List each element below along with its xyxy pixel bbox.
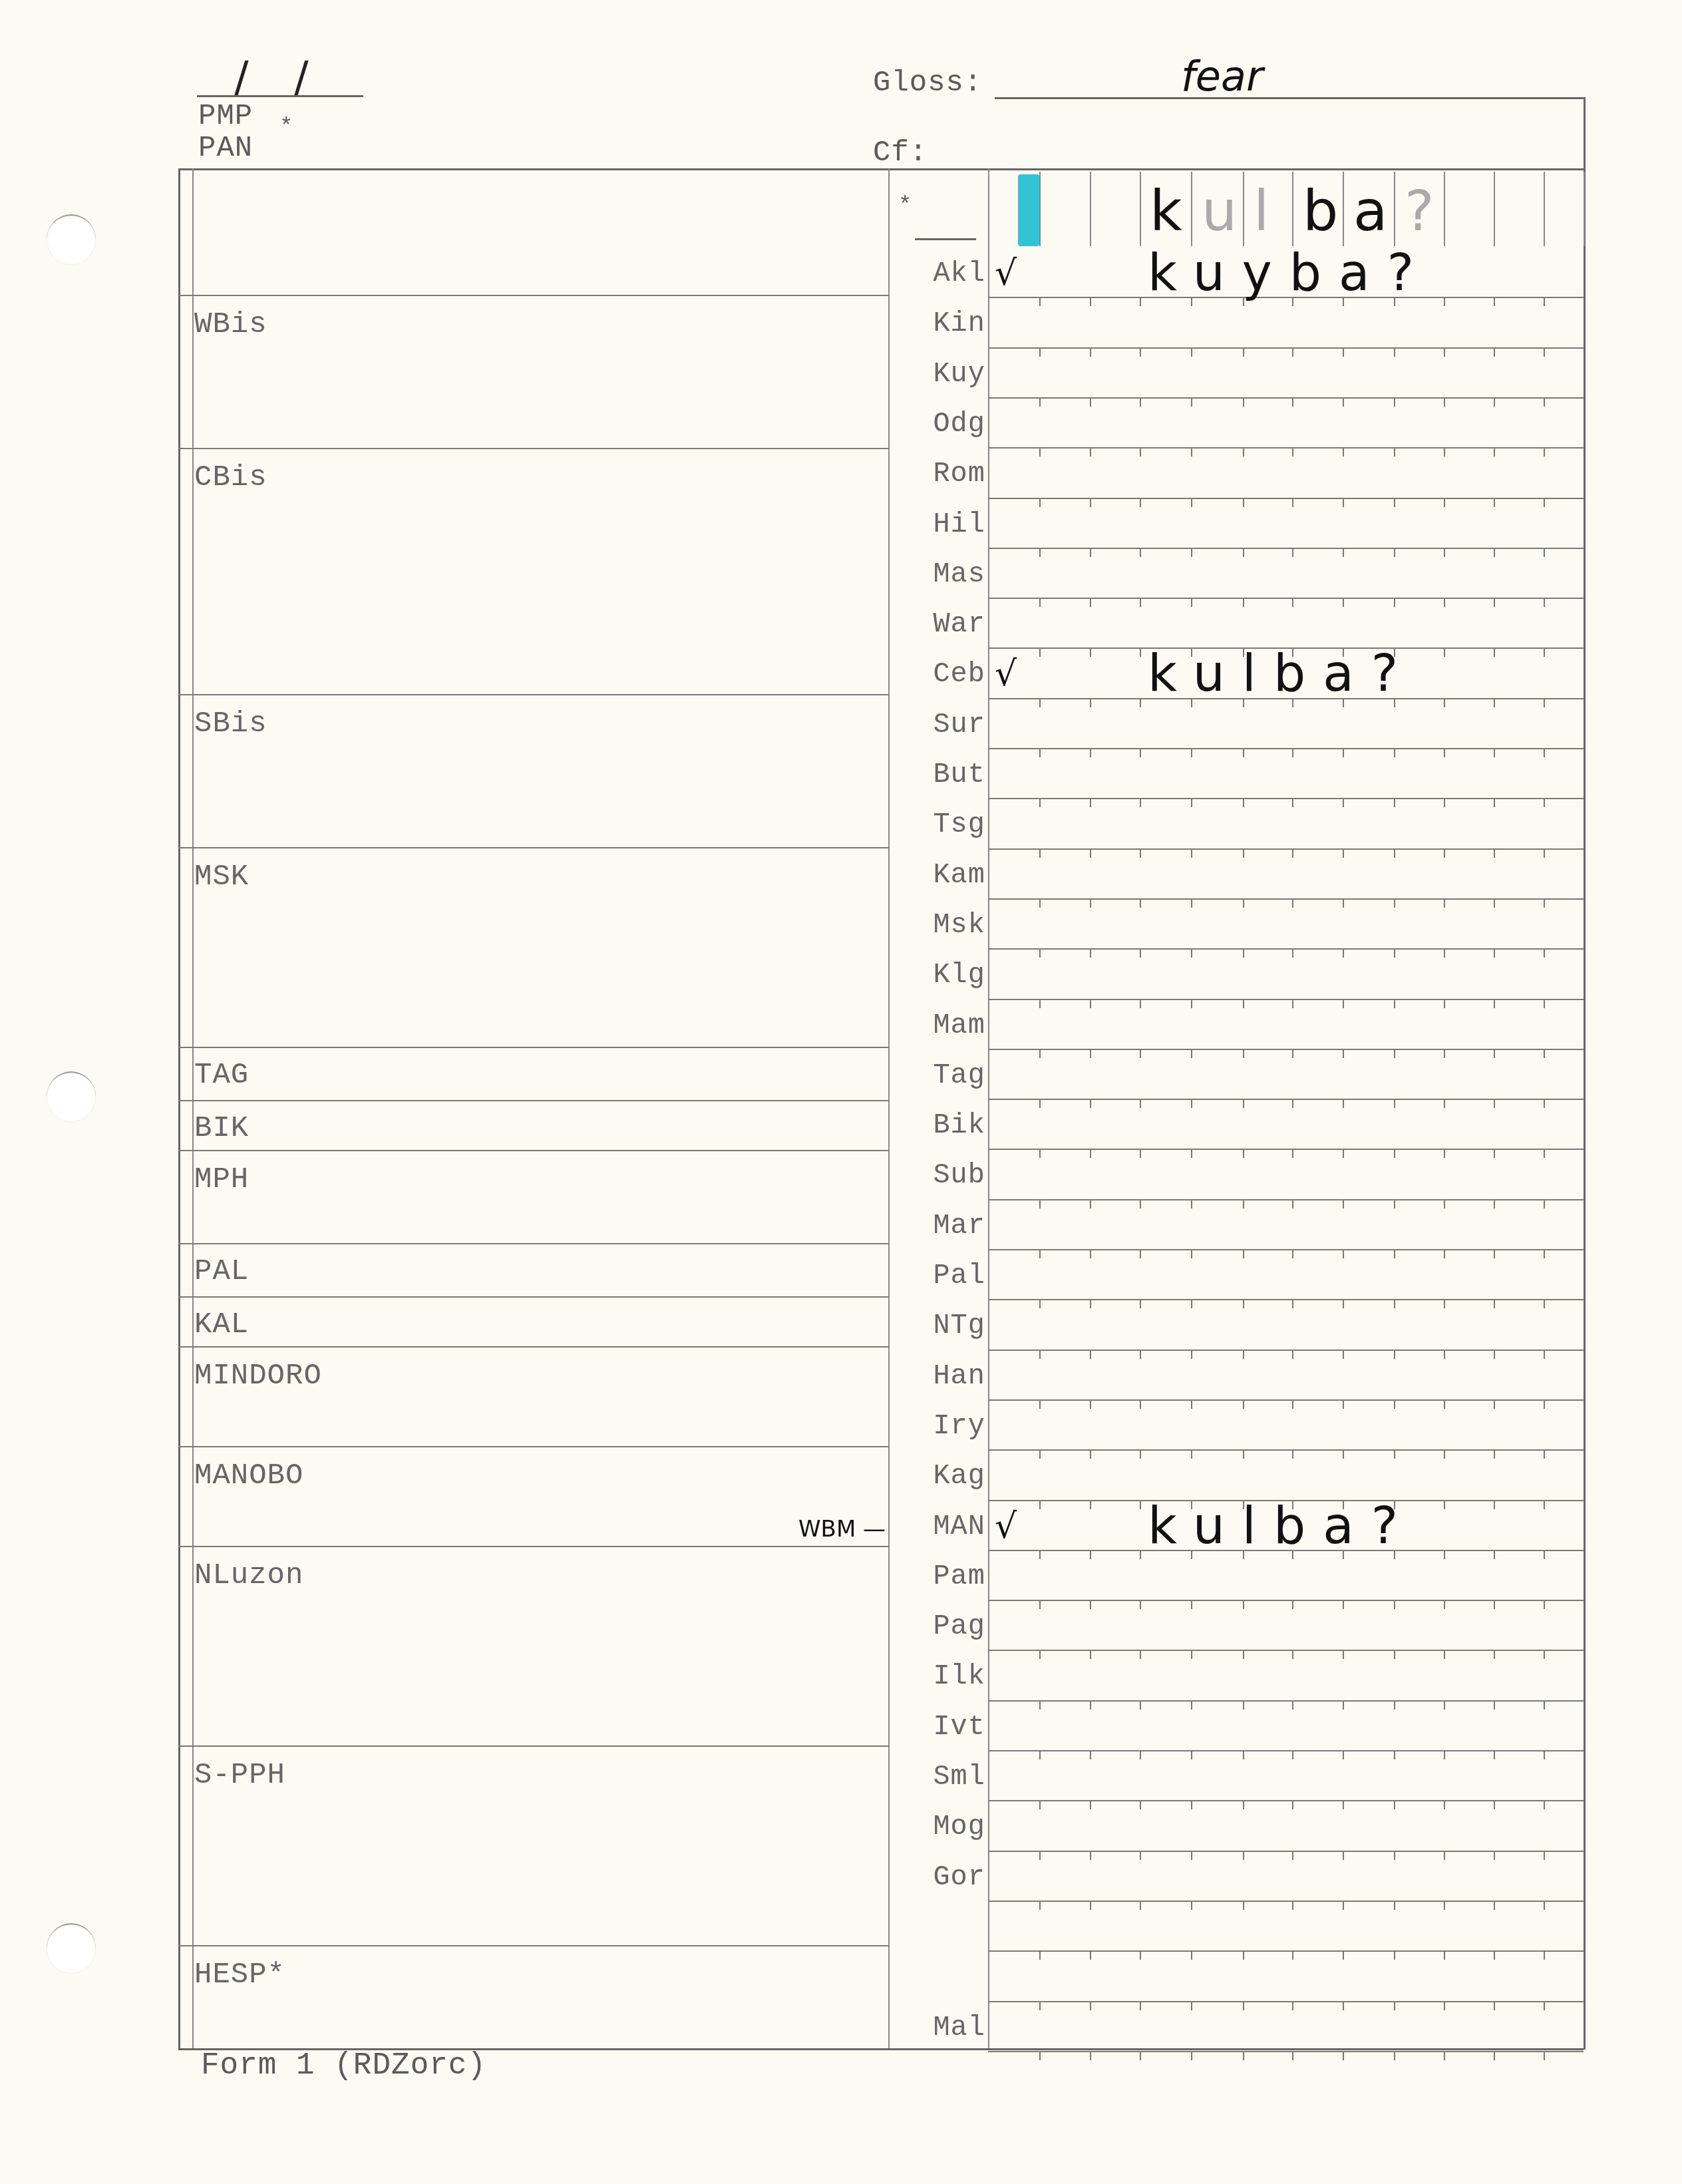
reconstruction-letter: u	[1202, 178, 1237, 244]
grid-tick	[1494, 900, 1495, 908]
grid-tick	[1343, 349, 1344, 357]
grid-tick	[1191, 1300, 1192, 1308]
abbr-column-right-border	[988, 168, 989, 2050]
grid-tick	[1292, 2002, 1293, 2010]
grid-tick	[1494, 549, 1495, 557]
grid-tick	[1090, 749, 1091, 757]
grid-tick	[1140, 1200, 1141, 1208]
grid-tick	[1140, 1551, 1141, 1559]
grid-tick	[1090, 1200, 1091, 1208]
language-abbr: But	[888, 759, 988, 791]
grid-tick	[1544, 950, 1545, 958]
language-abbr: Tsg	[888, 809, 988, 840]
region-label: MINDORO	[194, 1360, 322, 1393]
grid-column-line	[1544, 172, 1545, 246]
grid-tick	[1039, 2002, 1041, 2010]
side-annotation: WBM —	[798, 1516, 886, 1543]
grid-tick	[1343, 900, 1344, 908]
grid-tick	[1191, 799, 1192, 807]
grid-tick	[1090, 1702, 1091, 1710]
grid-tick	[1544, 1451, 1545, 1459]
grid-tick	[1494, 2002, 1495, 2010]
language-abbr: War	[888, 608, 988, 640]
region-divider	[178, 694, 888, 695]
grid-tick	[1039, 298, 1041, 306]
grid-tick	[1191, 749, 1192, 757]
grid-tick	[1544, 499, 1545, 507]
grid-tick	[1544, 1852, 1545, 1860]
form-footer-label: Form 1 (RDZorc)	[201, 2048, 486, 2083]
language-abbr: Mar	[888, 1210, 988, 1242]
grid-tick	[1243, 2002, 1244, 2010]
grid-tick	[1090, 1000, 1091, 1008]
grid-tick	[1292, 1902, 1293, 1910]
grid-tick	[1544, 449, 1545, 456]
grid-tick	[1090, 2052, 1091, 2060]
grid-tick	[1039, 699, 1041, 707]
grid-tick	[1191, 1050, 1192, 1058]
grid-tick	[1394, 1451, 1395, 1459]
table-top-border	[178, 168, 1584, 170]
grid-tick	[1191, 1200, 1192, 1208]
grid-tick	[1394, 1150, 1395, 1158]
grid-tick	[1243, 900, 1244, 908]
grid-tick	[1343, 1651, 1344, 1659]
grid-tick	[1140, 850, 1141, 858]
language-abbr: Bik	[888, 1109, 988, 1141]
grid-tick	[1444, 1702, 1445, 1710]
grid-tick	[1243, 1100, 1244, 1108]
grid-tick	[1140, 1150, 1141, 1158]
grid-tick	[1343, 1601, 1344, 1609]
region-label: MPH	[194, 1163, 249, 1196]
language-abbr: Tag	[888, 1059, 988, 1091]
grid-tick	[1140, 1100, 1141, 1108]
grid-column-line	[1584, 172, 1585, 246]
check-mark-icon: √	[995, 1507, 1017, 1547]
grid-tick	[1090, 1250, 1091, 1258]
grid-tick	[1494, 499, 1495, 507]
grid-tick	[1544, 399, 1545, 407]
grid-tick	[1343, 499, 1344, 507]
grid-tick	[1343, 2052, 1344, 2060]
grid-tick	[1243, 1702, 1244, 1710]
grid-tick	[1140, 1451, 1141, 1459]
grid-column-line	[1191, 172, 1192, 246]
grid-tick	[1140, 399, 1141, 407]
gloss-value[interactable]: fear	[1181, 52, 1263, 100]
grid-tick	[1090, 298, 1091, 306]
grid-tick	[1140, 1601, 1141, 1609]
grid-tick	[1039, 1852, 1041, 1860]
grid-tick	[1191, 1100, 1192, 1108]
grid-tick	[1090, 1651, 1091, 1659]
grid-tick	[1039, 2052, 1041, 2060]
grid-tick	[1544, 850, 1545, 858]
grid-tick	[1444, 900, 1445, 908]
grid-tick	[1090, 799, 1091, 807]
grid-tick	[1090, 1551, 1091, 1559]
grid-tick	[1343, 1050, 1344, 1058]
grid-tick	[1544, 2002, 1545, 2010]
grid-tick	[1243, 2052, 1244, 2060]
language-abbr: Sml	[888, 1761, 988, 1793]
grid-tick	[1140, 1852, 1141, 1860]
grid-tick	[1090, 950, 1091, 958]
grid-tick	[1394, 1801, 1395, 1809]
grid-tick	[1444, 1000, 1445, 1008]
punch-hole-top	[47, 214, 96, 265]
grid-tick	[1140, 649, 1141, 657]
grid-tick	[1292, 549, 1293, 557]
region-label: KAL	[194, 1308, 249, 1342]
grid-tick	[1292, 1401, 1293, 1409]
grid-tick	[1343, 599, 1344, 607]
grid-tick	[1140, 1501, 1141, 1509]
grid-tick	[1191, 900, 1192, 908]
grid-tick	[1243, 449, 1244, 456]
cognate-form[interactable]: kulba?	[1148, 643, 1415, 703]
grid-tick	[1191, 549, 1192, 557]
region-label: S-PPH	[194, 1759, 285, 1792]
grid-tick	[1039, 349, 1041, 357]
grid-tick	[1494, 1150, 1495, 1158]
grid-tick	[1243, 499, 1244, 507]
grid-tick	[1444, 649, 1445, 657]
table-left-border-inner	[192, 168, 194, 2050]
grid-tick	[1191, 950, 1192, 958]
grid-tick	[1444, 699, 1445, 707]
grid-tick	[1394, 1852, 1395, 1860]
grid-tick	[1039, 950, 1041, 958]
grid-tick	[1090, 1902, 1091, 1910]
grid-tick	[1292, 850, 1293, 858]
check-mark-icon: √	[995, 654, 1017, 694]
region-label: CBis	[194, 461, 267, 494]
grid-tick	[1394, 1401, 1395, 1409]
grid-tick	[1444, 749, 1445, 757]
grid-tick	[1444, 1451, 1445, 1459]
grid-tick	[1494, 1250, 1495, 1258]
grid-tick	[1544, 1751, 1545, 1759]
cognate-form[interactable]: kulba?	[1148, 1496, 1415, 1555]
grid-tick	[1343, 1300, 1344, 1308]
grid-tick	[1039, 1952, 1041, 1960]
grid-tick	[1494, 950, 1495, 958]
grid-tick	[1191, 1801, 1192, 1809]
grid-tick	[1191, 1852, 1192, 1860]
grid-tick	[1039, 1250, 1041, 1258]
grid-tick	[1292, 449, 1293, 456]
grid-tick	[1243, 850, 1244, 858]
gloss-label: Gloss:	[873, 67, 982, 100]
grid-tick	[1039, 449, 1041, 456]
grid-tick	[1444, 1651, 1445, 1659]
cognate-form[interactable]: kuyba?	[1148, 243, 1431, 302]
grid-tick	[1243, 1250, 1244, 1258]
grid-tick	[1039, 1902, 1041, 1910]
grid-tick	[1039, 1351, 1041, 1359]
grid-tick	[1090, 2002, 1091, 2010]
reconstruction-letter: ?	[1405, 178, 1434, 244]
grid-tick	[1140, 1702, 1141, 1710]
grid-tick	[1039, 1000, 1041, 1008]
region-label: WBis	[194, 308, 267, 341]
language-abbr: Kam	[888, 859, 988, 891]
grid-tick	[1444, 1100, 1445, 1108]
grid-tick	[1243, 349, 1244, 357]
grid-tick	[1494, 1451, 1495, 1459]
grid-tick	[1444, 1050, 1445, 1058]
grid-tick	[1444, 399, 1445, 407]
grid-tick	[1243, 1751, 1244, 1759]
grid-tick	[1191, 1651, 1192, 1659]
grid-tick	[1494, 1651, 1495, 1659]
language-abbr: MAN	[888, 1511, 988, 1543]
grid-tick	[1444, 1952, 1445, 1960]
grid-tick	[1394, 449, 1395, 456]
grid-tick	[1494, 749, 1495, 757]
grid-column-line	[1494, 172, 1495, 246]
grid-tick	[1394, 599, 1395, 607]
grid-tick	[1243, 1300, 1244, 1308]
grid-tick	[1494, 1200, 1495, 1208]
reconstruction-letter: k	[1150, 178, 1182, 244]
grid-tick	[1243, 549, 1244, 557]
language-abbr: Pag	[888, 1610, 988, 1642]
grid-tick	[1243, 1952, 1244, 1960]
grid-tick	[1544, 1501, 1545, 1509]
region-divider	[178, 448, 888, 449]
language-abbr: Akl	[888, 258, 988, 289]
grid-tick	[1140, 1401, 1141, 1409]
grid-tick	[1090, 599, 1091, 607]
reconstruction-underline	[915, 238, 976, 240]
grid-tick	[1444, 298, 1445, 306]
region-divider	[178, 847, 888, 848]
grid-tick	[1039, 499, 1041, 507]
region-divider	[178, 1296, 888, 1298]
highlight-marker	[1018, 174, 1039, 246]
grid-tick	[1039, 1551, 1041, 1559]
grid-tick	[1444, 499, 1445, 507]
grid-tick	[1494, 850, 1495, 858]
grid-tick	[1090, 699, 1091, 707]
grid-tick	[1243, 1451, 1244, 1459]
grid-tick	[1343, 950, 1344, 958]
region-divider	[178, 1150, 888, 1151]
grid-tick	[1039, 1751, 1041, 1759]
grid-tick	[1394, 1702, 1395, 1710]
grid-tick	[1494, 1702, 1495, 1710]
grid-tick	[1494, 1300, 1495, 1308]
language-abbr: Mal	[888, 2012, 988, 2044]
grid-tick	[1343, 1451, 1344, 1459]
grid-tick	[1394, 1300, 1395, 1308]
region-label: HESP*	[194, 1958, 285, 1992]
grid-tick	[1343, 1100, 1344, 1108]
grid-tick	[1544, 1000, 1545, 1008]
grid-tick	[1140, 298, 1141, 306]
grid-tick	[1140, 1902, 1141, 1910]
grid-tick	[1394, 1250, 1395, 1258]
grid-tick	[1394, 950, 1395, 958]
table-right-border	[1584, 97, 1586, 2050]
grid-tick	[1444, 1200, 1445, 1208]
grid-tick	[1140, 449, 1141, 456]
grid-tick	[1292, 1000, 1293, 1008]
grid-tick	[1090, 449, 1091, 456]
grid-tick	[1394, 1200, 1395, 1208]
grid-tick	[1243, 399, 1244, 407]
grid-tick	[1292, 1100, 1293, 1108]
grid-tick	[1444, 1551, 1445, 1559]
grid-tick	[1140, 1952, 1141, 1960]
grid-tick	[1544, 1902, 1545, 1910]
grid-tick	[1343, 1952, 1344, 1960]
grid-tick	[1140, 950, 1141, 958]
grid-tick	[1090, 1300, 1091, 1308]
grid-tick	[1394, 1651, 1395, 1659]
grid-tick	[1494, 349, 1495, 357]
grid-tick	[1292, 950, 1293, 958]
language-abbr: Ivt	[888, 1711, 988, 1743]
grid-tick	[1191, 1601, 1192, 1609]
grid-tick	[1140, 900, 1141, 908]
grid-tick	[1444, 1801, 1445, 1809]
language-abbr: Kag	[888, 1460, 988, 1492]
grid-tick	[1191, 2052, 1192, 2060]
region-divider	[178, 1346, 888, 1348]
grid-tick	[1394, 2052, 1395, 2060]
grid-tick	[1140, 349, 1141, 357]
grid-tick	[1191, 599, 1192, 607]
grid-tick	[1394, 1050, 1395, 1058]
grid-tick	[1243, 1651, 1244, 1659]
grid-column-line	[1140, 172, 1141, 246]
grid-tick	[1292, 599, 1293, 607]
grid-tick	[1191, 1702, 1192, 1710]
grid-tick	[1394, 1351, 1395, 1359]
grid-tick	[1090, 1050, 1091, 1058]
grid-tick	[1191, 1751, 1192, 1759]
grid-tick	[1292, 749, 1293, 757]
grid-tick	[1292, 499, 1293, 507]
region-label: MSK	[194, 860, 249, 894]
grid-tick	[1544, 1250, 1545, 1258]
grid-tick	[1090, 1801, 1091, 1809]
grid-tick	[1343, 1902, 1344, 1910]
region-divider	[178, 1945, 888, 1946]
grid-tick	[1140, 1250, 1141, 1258]
grid-tick	[1494, 799, 1495, 807]
grid-tick	[1444, 799, 1445, 807]
grid-tick	[1444, 2052, 1445, 2060]
grid-tick	[1444, 1351, 1445, 1359]
grid-tick	[1243, 1401, 1244, 1409]
grid-tick	[1544, 900, 1545, 908]
grid-tick	[1191, 1902, 1192, 1910]
grid-tick	[1444, 449, 1445, 456]
region-divider	[178, 1243, 888, 1244]
grid-tick	[1544, 1651, 1545, 1659]
region-divider	[178, 1446, 888, 1447]
grid-tick	[1039, 1150, 1041, 1158]
grid-tick	[1544, 1551, 1545, 1559]
grid-tick	[1140, 549, 1141, 557]
grid-tick	[1444, 850, 1445, 858]
grid-tick	[1191, 1401, 1192, 1409]
grid-tick	[1444, 1150, 1445, 1158]
language-abbr: Kin	[888, 307, 988, 339]
language-abbr: Iry	[888, 1410, 988, 1442]
grid-tick	[1243, 1351, 1244, 1359]
grid-tick	[1343, 449, 1344, 456]
grid-tick	[1140, 1000, 1141, 1008]
grid-tick	[1494, 1050, 1495, 1058]
grid-tick	[1243, 1601, 1244, 1609]
grid-tick	[1394, 1601, 1395, 1609]
region-divider	[178, 1745, 888, 1747]
grid-tick	[1090, 1150, 1091, 1158]
grid-tick	[1444, 349, 1445, 357]
grid-tick	[1140, 1300, 1141, 1308]
grid-tick	[1494, 1852, 1495, 1860]
grid-tick	[1039, 1601, 1041, 1609]
grid-tick	[1090, 1751, 1091, 1759]
grid-tick	[1090, 1401, 1091, 1409]
grid-tick	[1292, 399, 1293, 407]
grid-tick	[1494, 1100, 1495, 1108]
grid-tick	[1090, 399, 1091, 407]
grid-tick	[1140, 699, 1141, 707]
grid-tick	[1243, 799, 1244, 807]
grid-tick	[1343, 1751, 1344, 1759]
grid-tick	[1544, 298, 1545, 306]
grid-tick	[1544, 699, 1545, 707]
grid-tick	[1343, 549, 1344, 557]
grid-tick	[1544, 1601, 1545, 1609]
language-abbr: Rom	[888, 458, 988, 490]
grid-tick	[1191, 349, 1192, 357]
grid-tick	[1191, 1250, 1192, 1258]
grid-tick	[1544, 1100, 1545, 1108]
grid-tick	[1494, 2052, 1495, 2060]
grid-tick	[1494, 399, 1495, 407]
language-abbr: NTg	[888, 1310, 988, 1342]
grid-tick	[1039, 1451, 1041, 1459]
grid-tick	[1343, 799, 1344, 807]
grid-tick	[1140, 749, 1141, 757]
grid-tick	[1292, 2052, 1293, 2060]
grid-tick	[1140, 2052, 1141, 2060]
region-divider	[178, 1546, 888, 1547]
region-label: PAL	[194, 1255, 249, 1288]
grid-tick	[1090, 1852, 1091, 1860]
grid-tick	[1544, 1401, 1545, 1409]
grid-tick	[1090, 1952, 1091, 1960]
grid-tick	[1343, 1702, 1344, 1710]
language-abbr: Odg	[888, 408, 988, 440]
grid-tick	[1292, 1050, 1293, 1058]
grid-tick	[1494, 1401, 1495, 1409]
grid-tick	[1544, 1050, 1545, 1058]
cf-label: Cf:	[873, 136, 927, 170]
grid-tick	[1292, 1952, 1293, 1960]
grid-tick	[1494, 1952, 1495, 1960]
grid-tick	[1394, 549, 1395, 557]
grid-tick	[1343, 1250, 1344, 1258]
